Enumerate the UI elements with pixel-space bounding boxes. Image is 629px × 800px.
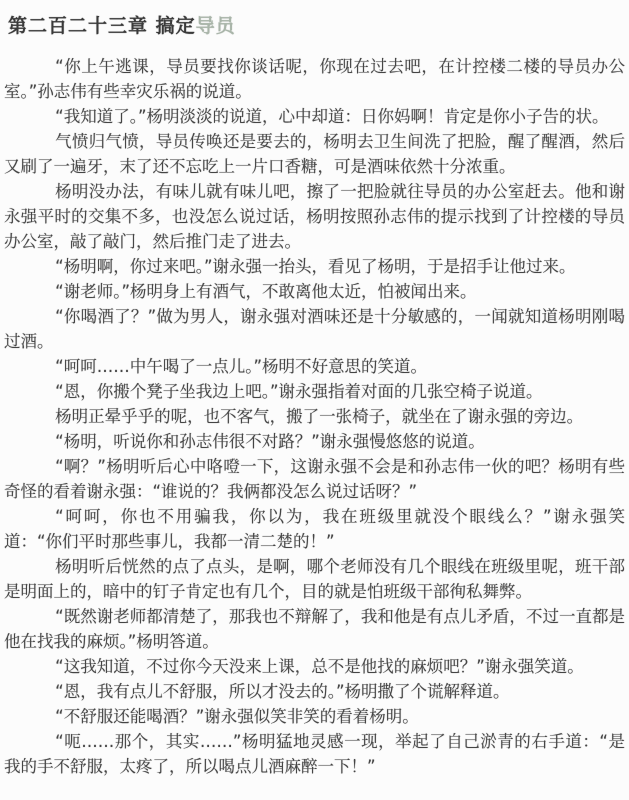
paragraph: “不舒服还能喝酒？”谢永强似笑非笑的看着杨明。 <box>4 704 625 729</box>
paragraph: “杨明啊，你过来吧。”谢永强一抬头，看见了杨明，于是招手让他过来。 <box>4 254 625 279</box>
paragraph: 杨明没办法，有味儿就有味儿吧，擦了一把脸就往导员的办公室赶去。他和谢永强平时的交… <box>4 179 625 254</box>
paragraph: “呵呵，你也不用骗我，你以为，我在班级里就没个眼线么？”谢永强笑道：“你们平时那… <box>4 504 625 554</box>
novel-page: 第二百二十三章 搞定导员 “你上午逃课，导员要找你谈话呢，你现在过去吧，在计控楼… <box>0 0 629 800</box>
chapter-title-keyword: 导员 <box>196 15 236 37</box>
chapter-title-text: 第二百二十三章 搞定 <box>8 15 196 37</box>
chapter-body: “你上午逃课，导员要找你谈话呢，你现在过去吧，在计控楼二楼的导员办公室。”孙志伟… <box>4 54 625 779</box>
paragraph: “啊？”杨明听后心中咯噔一下，这谢永强不会是和孙志伟一伙的吧？杨明有些奇怪的看着… <box>4 454 625 504</box>
paragraph: 杨明听后恍然的点了点头，是啊，哪个老师没有几个眼线在班级里呢，班干部是明面上的，… <box>4 554 625 604</box>
chapter-title: 第二百二十三章 搞定导员 <box>8 14 625 38</box>
paragraph: “杨明，听说你和孙志伟很不对路？”谢永强慢悠悠的说道。 <box>4 429 625 454</box>
paragraph: “你上午逃课，导员要找你谈话呢，你现在过去吧，在计控楼二楼的导员办公室。”孙志伟… <box>4 54 625 104</box>
paragraph: 气愤归气愤，导员传唤还是要去的，杨明去卫生间洗了把脸，醒了醒酒，然后又刷了一遍牙… <box>4 129 625 179</box>
paragraph: “既然谢老师都清楚了，那我也不辩解了，我和他是有点儿矛盾，不过一直都是他在找我的… <box>4 604 625 654</box>
paragraph: “呃……那个，其实……”杨明猛地灵感一现，举起了自己淤青的右手道：“是我的手不舒… <box>4 729 625 779</box>
paragraph: “这我知道，不过你今天没来上课，总不是他找的麻烦吧？”谢永强笑道。 <box>4 654 625 679</box>
paragraph: “恩，你搬个凳子坐我边上吧。”谢永强指着对面的几张空椅子说道。 <box>4 379 625 404</box>
paragraph: “谢老师。”杨明身上有酒气，不敢离他太近，怕被闻出来。 <box>4 279 625 304</box>
paragraph: “你喝酒了？”做为男人，谢永强对酒味还是十分敏感的，一闻就知道杨明刚喝过酒。 <box>4 304 625 354</box>
paragraph: “呵呵……中午喝了一点儿。”杨明不好意思的笑道。 <box>4 354 625 379</box>
paragraph: “我知道了。”杨明淡淡的说道，心中却道：日你妈啊！肯定是你小子告的状。 <box>4 104 625 129</box>
paragraph: 杨明正晕乎乎的呢，也不客气，搬了一张椅子，就坐在了谢永强的旁边。 <box>4 404 625 429</box>
paragraph: “恩，我有点儿不舒服，所以才没去的。”杨明撒了个谎解释道。 <box>4 679 625 704</box>
